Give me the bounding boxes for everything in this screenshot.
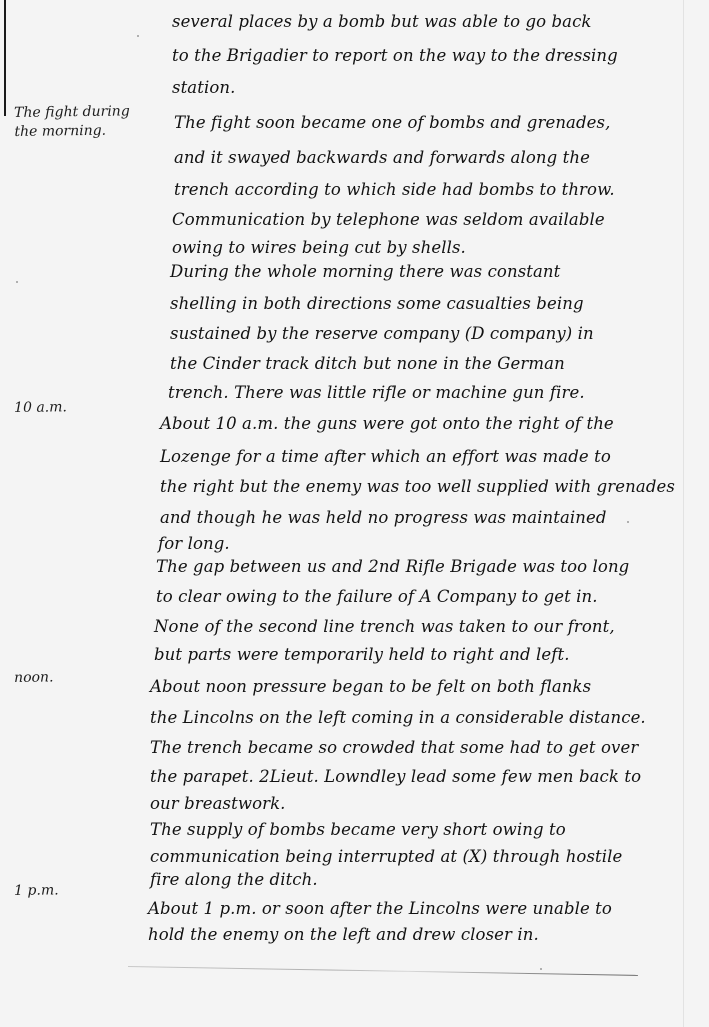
text-line: Communication by telephone was seldom av… [172,210,605,229]
text-line: trench. There was little rifle or machin… [168,383,585,402]
text-line: and though he was held no progress was m… [160,508,607,527]
text-line: During the whole morning there was const… [170,262,560,281]
margin-note-fight-during-morning: The fight during the morning. [14,102,130,142]
left-margin-rule [4,0,6,116]
text-line: communication being interrupted at (X) t… [150,847,622,866]
text-line: the right but the enemy was too well sup… [160,477,675,496]
text-line: to clear owing to the failure of A Compa… [156,587,598,606]
right-faint-rule [683,0,684,1027]
text-line: The gap between us and 2nd Rifle Brigade… [156,557,629,576]
text-line: but parts were temporarily held to right… [154,645,570,664]
margin-note-line-1: The fight during [14,102,130,123]
diary-page: The fight during the morning. 10 a.m. no… [0,0,709,1027]
text-line: our breastwork. [150,794,286,813]
text-line: About noon pressure began to be felt on … [150,677,591,696]
text-line: sustained by the reserve company (D comp… [170,324,594,343]
text-line: fire along the ditch. [150,870,318,889]
text-line: and it swayed backwards and forwards alo… [174,148,590,167]
margin-note-1pm: 1 p.m. [14,881,59,901]
text-line: trench according to which side had bombs… [174,180,615,199]
paper-speck [16,281,18,283]
text-line: shelling in both directions some casualt… [170,294,584,313]
text-line: the Lincolns on the left coming in a con… [150,708,646,727]
margin-note-line-2: the morning. [14,121,130,142]
text-line: hold the enemy on the left and drew clos… [148,925,539,944]
margin-note-10am: 10 a.m. [14,398,67,418]
text-line: for long. [158,534,230,553]
bottom-rule [128,966,638,976]
text-line: The supply of bombs became very short ow… [150,820,566,839]
text-line: several places by a bomb but was able to… [172,12,592,31]
text-line: The trench became so crowded that some h… [150,738,638,757]
paper-speck [627,521,629,523]
text-line: the Cinder track ditch but none in the G… [170,354,565,373]
paper-speck [540,968,542,970]
paper-speck [137,35,139,37]
text-line: Lozenge for a time after which an effort… [160,447,611,466]
text-line: The fight soon became one of bombs and g… [174,113,610,132]
text-line: the parapet. 2Lieut. Lowndley lead some … [150,767,641,786]
text-line: to the Brigadier to report on the way to… [172,46,618,65]
text-line: None of the second line trench was taken… [154,617,615,636]
text-line: owing to wires being cut by shells. [172,238,466,257]
text-line: About 10 a.m. the guns were got onto the… [160,414,614,433]
text-line: station. [172,78,235,97]
text-line: About 1 p.m. or soon after the Lincolns … [148,899,612,918]
margin-note-noon: noon. [14,668,54,688]
